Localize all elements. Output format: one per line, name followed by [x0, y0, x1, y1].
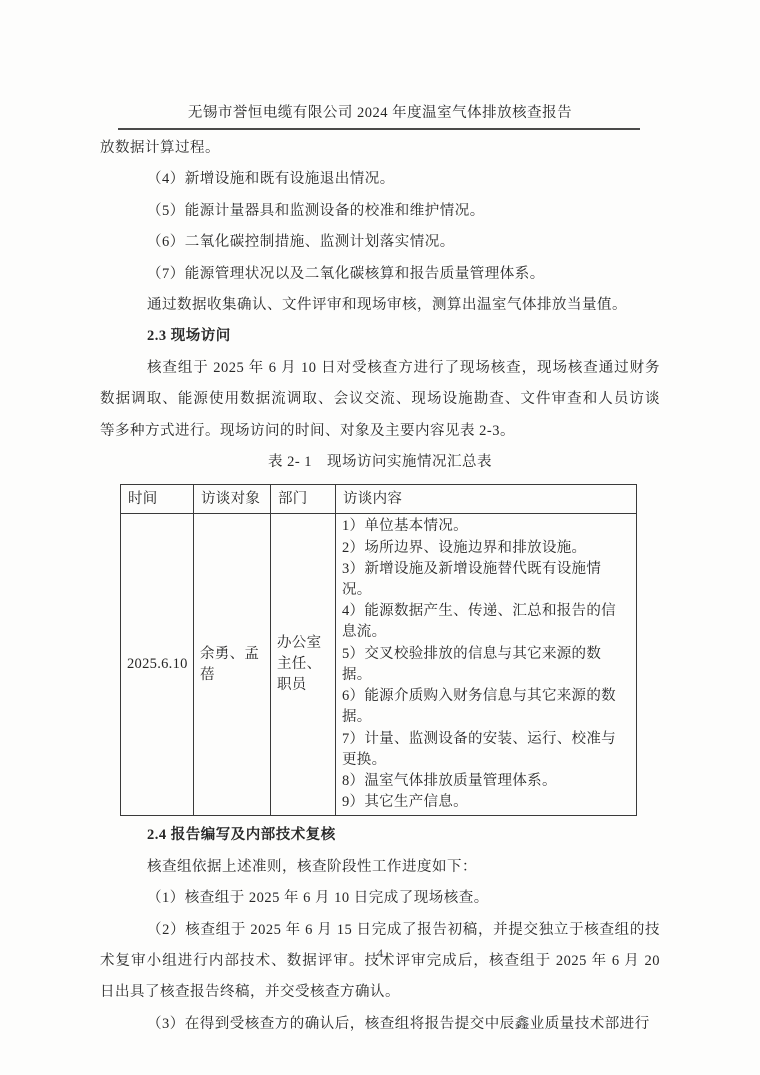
- section-heading-2-4: 2.4 报告编写及内部技术复核: [100, 820, 660, 851]
- paragraph-line: 日出具了核查报告终稿，并交受核查方确认。: [100, 977, 660, 1008]
- section-heading-2-3: 2.3 现场访问: [100, 321, 660, 352]
- table-caption: 表 2- 1 现场访问实施情况汇总表: [100, 447, 660, 478]
- paragraph-line: 核查组于 2025 年 6 月 10 日对受核查方进行了现场核查，现场核查通过财…: [100, 353, 660, 384]
- paragraph-site-visit: 核查组于 2025 年 6 月 10 日对受核查方进行了现场核查，现场核查通过财…: [100, 353, 660, 447]
- content-item-3: 3）新增设施及新增设施替代既有设施情况。: [342, 559, 630, 601]
- site-visit-table: 时间 访谈对象 部门 访谈内容 2025.6.10 余勇、孟蓓 办公室主任、职员…: [120, 484, 637, 816]
- document-page: 无锡市誉恒电缆有限公司 2024 年度温室气体排放核查报告 放数据计算过程。 （…: [0, 0, 760, 1075]
- content-item-8: 8）温室气体排放质量管理体系。: [342, 771, 630, 792]
- content-item-2: 2）场所边界、设施边界和排放设施。: [342, 538, 630, 559]
- content-item-9: 9）其它生产信息。: [342, 792, 630, 813]
- content-item-4: 4）能源数据产生、传递、汇总和报告的信息流。: [342, 601, 630, 643]
- column-header-time: 时间: [121, 485, 194, 514]
- cell-interview-contents: 1）单位基本情况。 2）场所边界、设施边界和排放设施。 3）新增设施及新增设施替…: [336, 514, 637, 816]
- cell-department: 办公室主任、职员: [271, 514, 336, 816]
- paragraph-line: 等多种方式进行。现场访问的时间、对象及主要内容见表 2-3。: [100, 416, 660, 447]
- header-rule: [118, 128, 640, 130]
- content-item-7: 7）计量、监测设备的安装、运行、校准与更换。: [342, 729, 630, 771]
- content-item-1: 1）单位基本情况。: [342, 516, 630, 537]
- paragraph-line: 数据调取、能源使用数据流调取、会议交流、现场设施勘查、文件审查和人员访谈: [100, 384, 660, 415]
- column-header-interviewee: 访谈对象: [194, 485, 271, 514]
- list-item-4: （4）新增设施和既有设施退出情况。: [100, 164, 660, 195]
- paragraph-progress-intro: 核查组依据上述准则，核查阶段性工作进度如下：: [100, 852, 660, 883]
- paragraph-step-2: （2）核查组于 2025 年 6 月 15 日完成了报告初稿，并提交独立于核查组…: [100, 915, 660, 1009]
- list-item-5: （5）能源计量器具和监测设备的校准和维护情况。: [100, 196, 660, 227]
- content-item-5: 5）交叉校验排放的信息与其它来源的数据。: [342, 644, 630, 686]
- table-header-row: 时间 访谈对象 部门 访谈内容: [121, 485, 637, 514]
- paragraph-summary: 通过数据收集确认、文件评审和现场审核，测算出温室气体排放当量值。: [100, 290, 660, 321]
- cell-time: 2025.6.10: [121, 514, 194, 816]
- table-row: 2025.6.10 余勇、孟蓓 办公室主任、职员 1）单位基本情况。 2）场所边…: [121, 514, 637, 816]
- column-header-content: 访谈内容: [336, 485, 637, 514]
- page-number: 4: [0, 946, 760, 961]
- page-content: 放数据计算过程。 （4）新增设施和既有设施退出情况。 （5）能源计量器具和监测设…: [100, 133, 660, 1040]
- paragraph-line: （2）核查组于 2025 年 6 月 15 日完成了报告初稿，并提交独立于核查组…: [100, 915, 660, 946]
- list-item-6: （6）二氧化碳控制措施、监测计划落实情况。: [100, 227, 660, 258]
- running-header-title: 无锡市誉恒电缆有限公司 2024 年度温室气体排放核查报告: [100, 101, 660, 122]
- content-item-6: 6）能源介质购入财务信息与其它来源的数据。: [342, 686, 630, 728]
- paragraph-step-3: （3）在得到受核查方的确认后，核查组将报告提交中辰鑫业质量技术部进行: [100, 1009, 660, 1040]
- paragraph-continuation: 放数据计算过程。: [100, 133, 660, 164]
- paragraph-step-1: （1）核查组于 2025 年 6 月 10 日完成了现场核查。: [100, 883, 660, 914]
- list-item-7: （7）能源管理状况以及二氧化碳核算和报告质量管理体系。: [100, 259, 660, 290]
- column-header-department: 部门: [271, 485, 336, 514]
- cell-interviewee: 余勇、孟蓓: [194, 514, 271, 816]
